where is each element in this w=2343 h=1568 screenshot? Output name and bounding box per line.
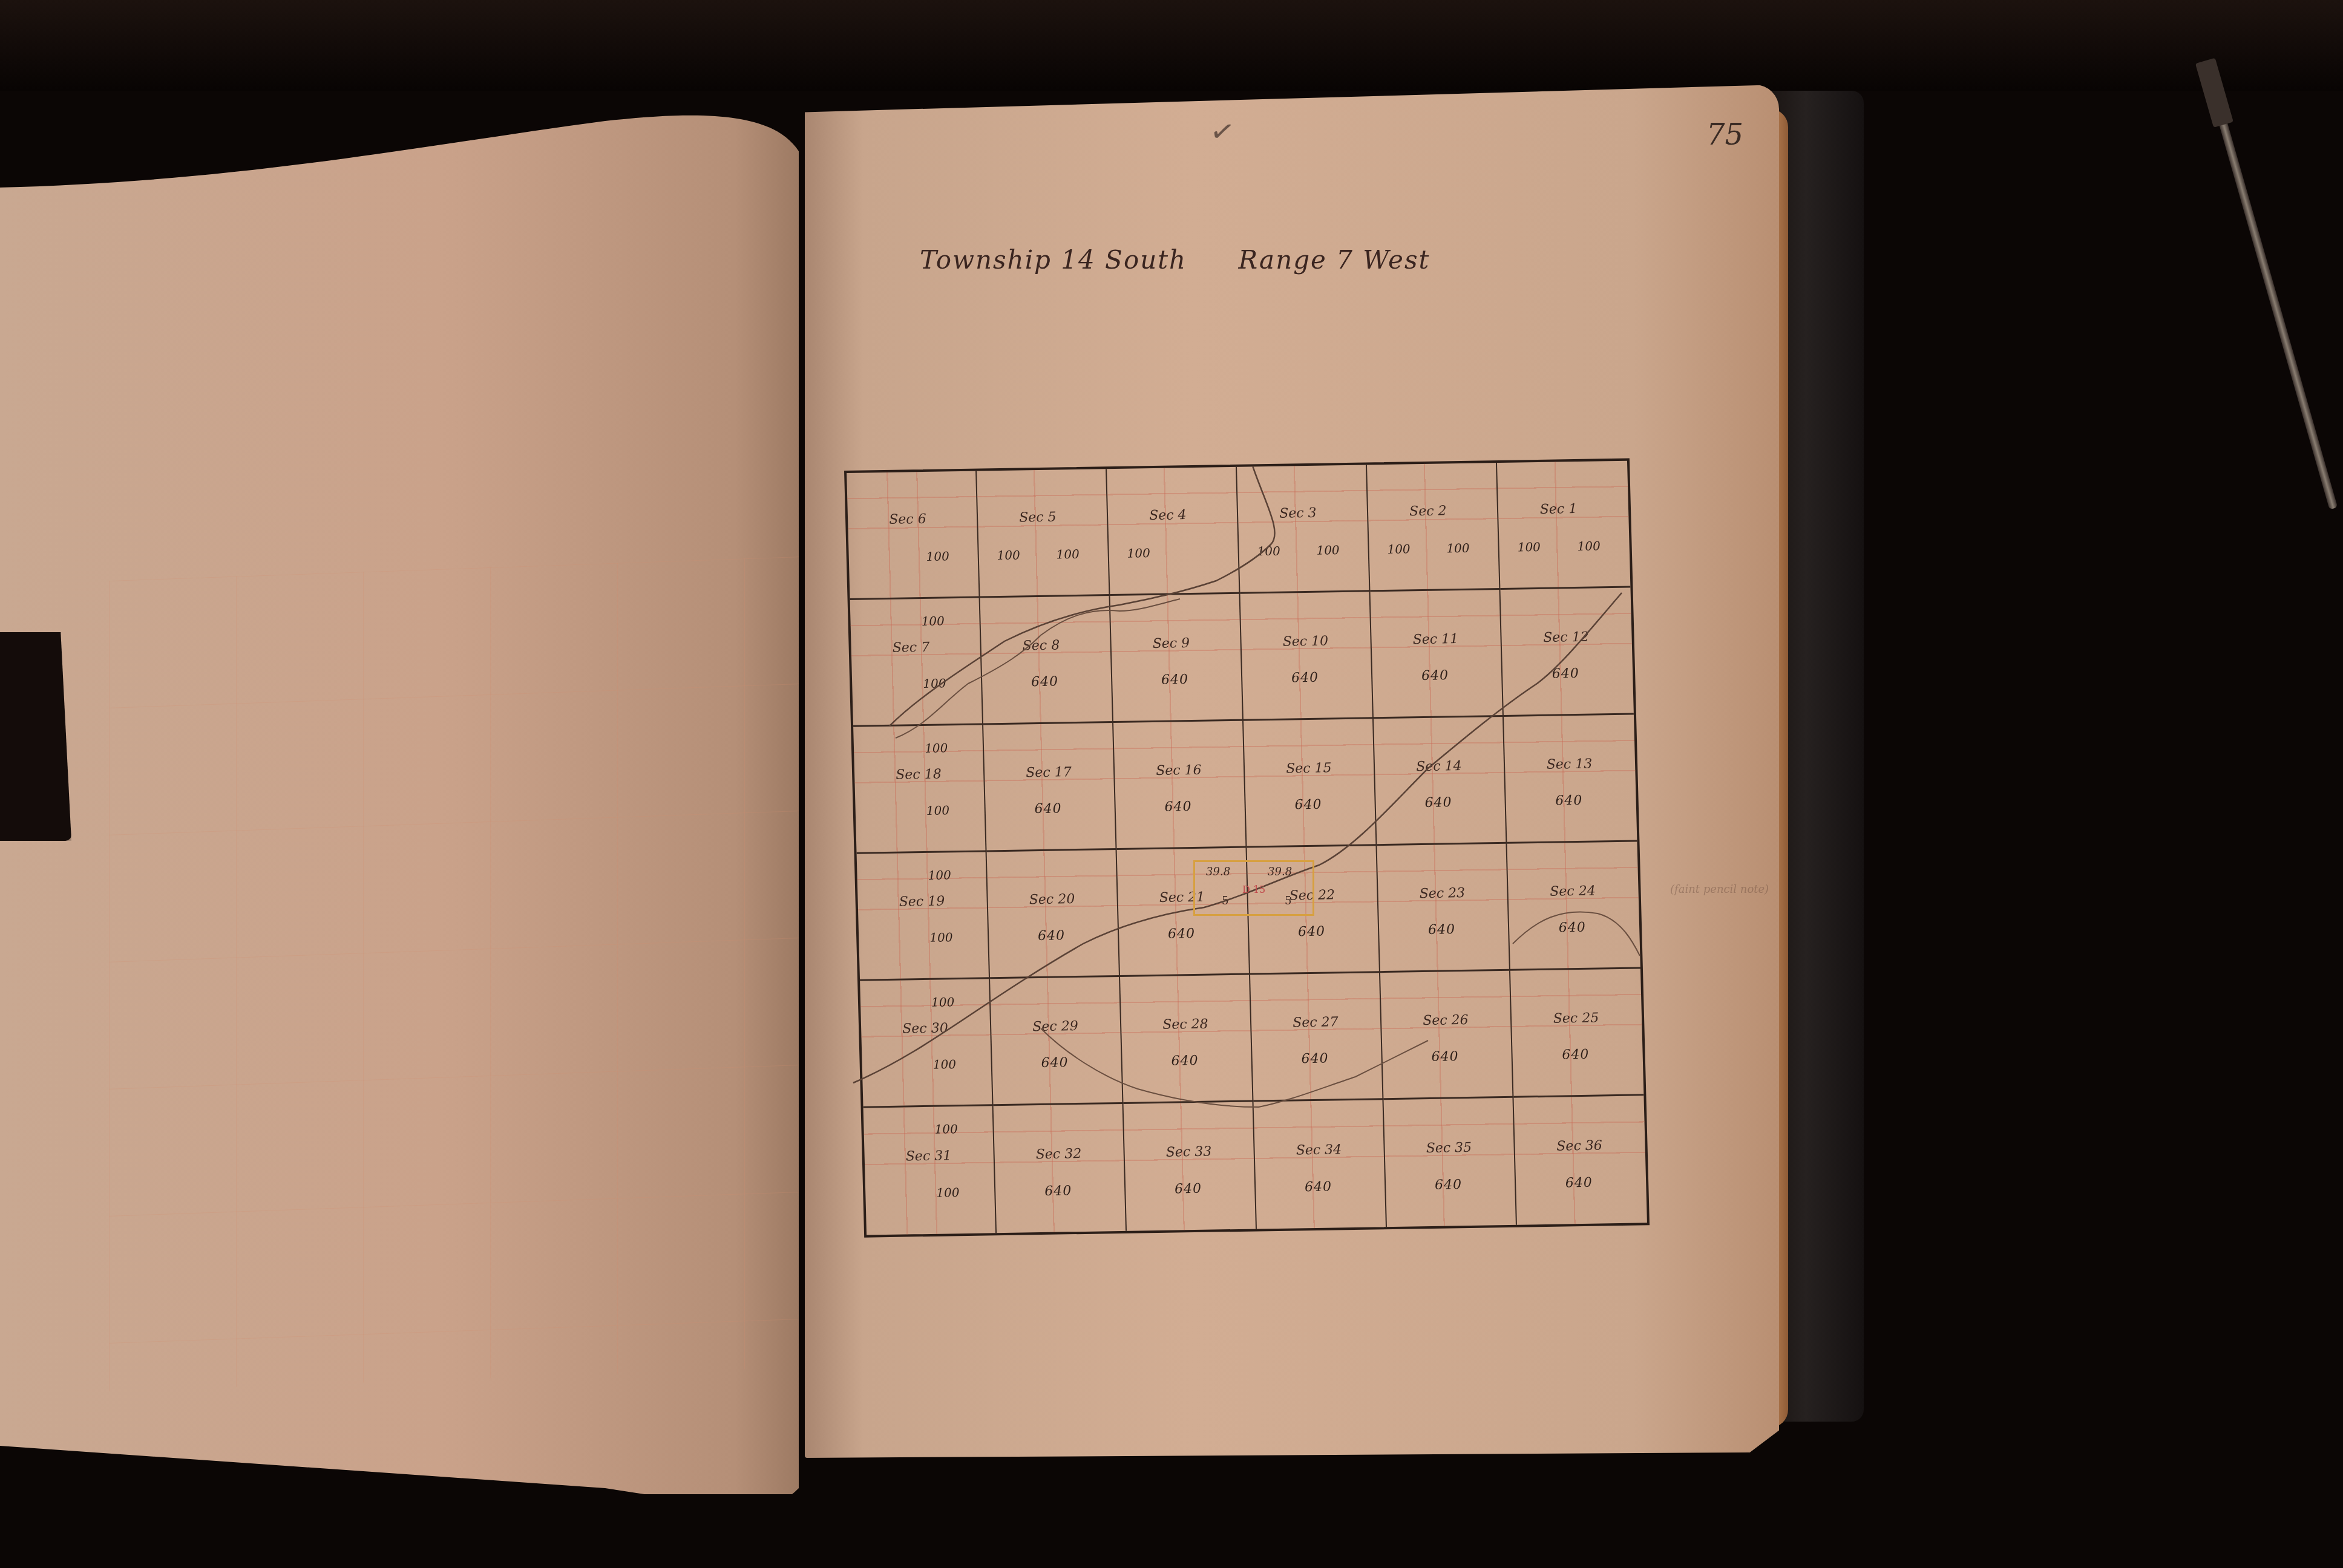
section-acreage: 640 [1298,924,1326,940]
section-label: Sec 24 [1550,884,1596,900]
lot-acreage: 100 [931,995,955,1010]
lot-acreage: 100 [1387,542,1411,557]
section-acreage: 640 [1305,1180,1332,1195]
lot-acreage: 100 [936,1185,960,1200]
section-cell: Sec 32 640 [994,1104,1127,1233]
section-label: Sec 7 [893,640,930,656]
lot-acreage: 100 [933,1057,957,1073]
lot-acreage: 100 [1316,543,1340,558]
lot-acreage: 100 [929,930,953,946]
section-cell: Sec 13 640 [1504,715,1637,844]
section-label: Sec 15 [1286,761,1332,777]
section-label: Sec 18 [896,767,942,783]
section-label: Sec 30 [902,1021,948,1037]
section-cell: Sec 2 100 100 [1367,463,1500,592]
section-acreage: 640 [1421,668,1449,684]
section-label: Sec 27 [1293,1015,1339,1031]
lot-acreage: 100 [926,803,950,818]
margin-pencil-note: (faint pencil note) [1670,883,1769,896]
section-acreage: 640 [1435,1177,1463,1193]
section-acreage: 640 [1291,670,1319,686]
lot-number-right: 5 [1285,895,1291,907]
section-cell: Sec 5 100 100 [977,469,1110,598]
spatula-tool [2203,65,2338,509]
section-cell: Sec 36 640 [1513,1096,1647,1224]
section-label: Sec 34 [1296,1143,1342,1158]
lot-acreage: 100 [1257,544,1280,559]
section-cell: 100 Sec 18 100 [853,725,986,854]
section-cell: Sec 23 640 [1377,844,1510,973]
section-acreage: 640 [1428,923,1456,938]
section-acreage: 640 [1038,929,1066,944]
section-acreage: 640 [1562,1047,1590,1063]
section-acreage: 640 [1041,1056,1069,1071]
lot-acreage: 100 [928,867,951,883]
section-cell: Sec 15 640 [1244,719,1377,848]
section-label: Sec 8 [1023,638,1060,654]
section-acreage: 640 [1565,1175,1593,1191]
section-acreage: 640 [1559,920,1587,936]
section-cell: Sec 3 100 100 [1237,465,1370,593]
page-number: 75 [1706,118,1743,152]
section-label: Sec 9 [1152,636,1190,652]
section-cell: Sec 8 640 [980,596,1113,725]
section-acreage: 640 [1164,799,1192,815]
lot-acreage: 100 [921,613,945,629]
section-label: Sec 10 [1282,634,1328,650]
section-cell: 100 Sec 31 100 [863,1106,997,1235]
lot-acreage: 100 [934,1122,958,1137]
lot-acreage: 100 [1127,546,1150,561]
section-acreage: 640 [1161,672,1189,688]
section-acreage: 640 [1171,1053,1199,1069]
section-label: Sec 35 [1426,1140,1472,1156]
lot-acreage: 100 [923,676,946,691]
lot-acreage: 100 [926,549,949,564]
section-cell: Sec 27 640 [1250,973,1383,1102]
lot-acreage: 100 [1056,547,1080,562]
section-label: Sec 16 [1156,763,1202,779]
lot-acreage: 100 [925,740,948,756]
section-cell: 100 Sec 7 100 [850,598,983,727]
section-label: Sec 17 [1026,765,1072,780]
lot-acreage: 100 [1446,541,1470,556]
page-title: Township 14 South Range 7 West [920,245,1464,275]
section-label: Sec 32 [1036,1146,1082,1162]
section-label: Sec 5 [1019,510,1057,526]
section-cell: Sec 14 640 [1374,717,1507,846]
section-acreage: 640 [1301,1051,1329,1067]
section-acreage: 640 [1424,795,1452,811]
lot-acreage: 100 [997,548,1020,563]
section-label: Sec 29 [1032,1019,1078,1034]
section-cell: Sec 4 100 [1107,467,1240,596]
section-label: Sec 1 [1539,501,1577,517]
section-cell: Sec 34 640 [1254,1100,1387,1229]
section-acreage: 640 [1431,1049,1459,1065]
township-label: Township 14 South [920,245,1187,275]
lot-label-right: 39.8 [1268,866,1292,878]
section-acreage: 640 [1031,675,1059,690]
section-label: Sec 2 [1409,504,1447,520]
township-grid: Sec 6 100 Sec 5 100 100 Sec 4 100 Sec 3 … [844,459,1650,1238]
section-cell: Sec 11 640 [1370,590,1503,719]
section-cell: Sec 25 640 [1510,969,1643,1097]
section-label: Sec 31 [906,1149,952,1165]
section-cell: Sec 9 640 [1110,594,1244,723]
lot-number-left: 5 [1222,895,1228,907]
section-acreage: 640 [1294,797,1322,813]
section-label: Sec 12 [1543,630,1589,645]
section-label: Sec 36 [1556,1138,1602,1154]
section-cell: Sec 24 640 [1507,841,1640,970]
show-through-grid [109,557,799,1391]
section-cell: Sec 17 640 [983,723,1116,852]
section-cell: Sec 10 640 [1240,592,1374,720]
lot-label-left: 39.8 [1206,866,1230,878]
section-cell: Sec 20 640 [987,850,1120,979]
paperweight [0,632,71,841]
section-cell: Sec 26 640 [1380,971,1513,1100]
highlighted-lot-box: 39.8 39.8 D 15 5 5 [1193,860,1314,916]
range-label: Range 7 West [1239,245,1430,275]
left-page [0,97,799,1494]
section-cell: Sec 1 100 100 [1497,461,1630,590]
lot-acreage: 100 [1517,540,1541,555]
section-cell: Sec 12 640 [1500,588,1633,717]
section-cell: Sec 35 640 [1383,1098,1516,1227]
section-cell: Sec 6 100 [847,471,980,600]
section-cell: 100 Sec 19 100 [857,852,990,981]
section-acreage: 640 [1552,666,1580,682]
section-acreage: 640 [1175,1181,1202,1197]
section-label: Sec 3 [1279,506,1317,521]
section-label: Sec 23 [1419,886,1465,901]
section-cell: Sec 29 640 [990,977,1123,1106]
section-acreage: 640 [1034,802,1062,817]
section-cell: Sec 16 640 [1113,721,1247,850]
section-label: Sec 13 [1547,757,1593,773]
section-label: Sec 19 [899,894,945,910]
section-label: Sec 4 [1149,508,1187,523]
section-label: Sec 33 [1166,1145,1212,1160]
section-acreage: 640 [1168,926,1196,942]
section-acreage: 640 [1555,793,1583,809]
section-label: Sec 28 [1162,1017,1208,1033]
section-label: Sec 6 [889,512,926,528]
section-label: Sec 14 [1416,759,1462,774]
section-label: Sec 11 [1412,632,1458,647]
section-cell: 100 Sec 30 100 [860,979,993,1108]
section-cell: Sec 33 640 [1124,1102,1257,1231]
lot-acreage: 100 [1577,539,1601,554]
section-label: Sec 26 [1423,1013,1469,1028]
red-annotation: D 15 [1242,884,1265,895]
section-label: Sec 25 [1553,1011,1599,1027]
section-cell: Sec 28 640 [1120,975,1253,1104]
dark-backdrop [0,0,2343,91]
section-acreage: 640 [1044,1183,1072,1199]
section-label: Sec 20 [1029,892,1075,907]
